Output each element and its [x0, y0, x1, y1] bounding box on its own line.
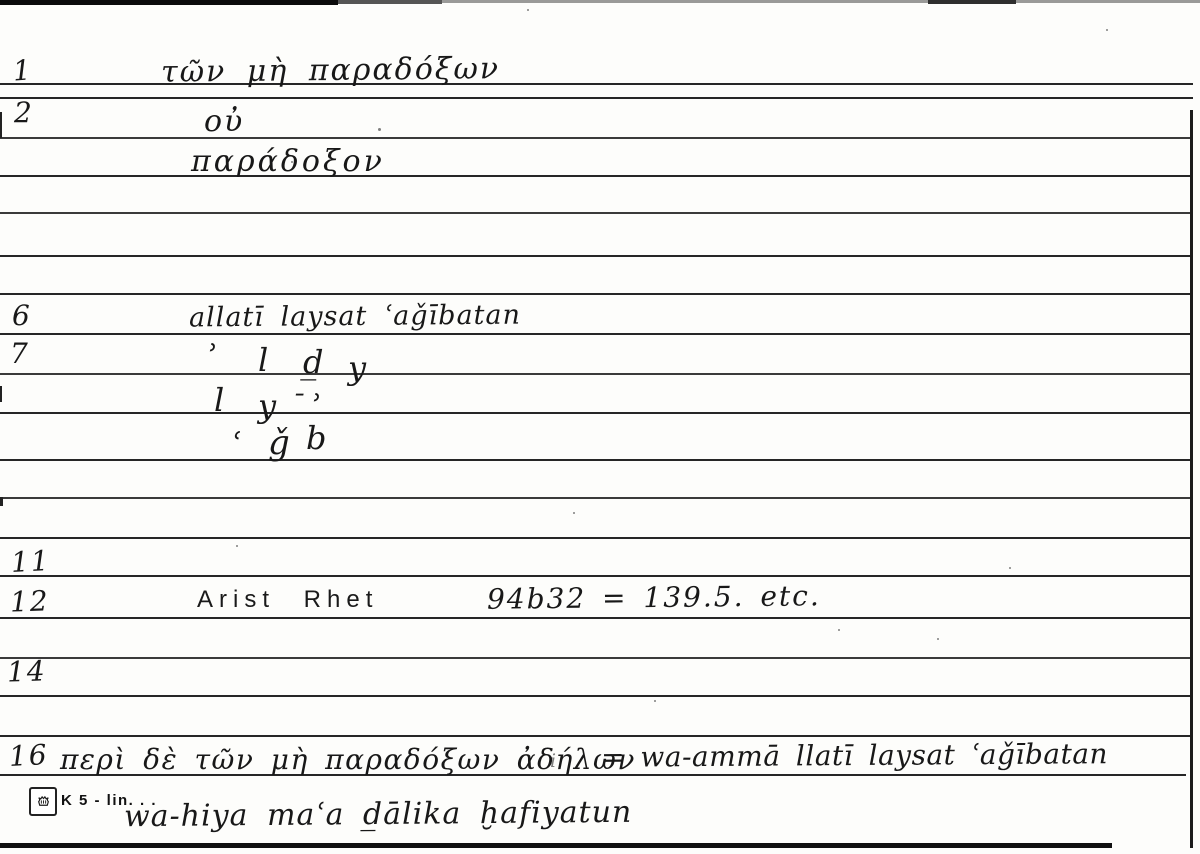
ruled-line — [0, 497, 1193, 499]
isolated-letter: ǧ — [268, 426, 290, 460]
isolated-letter: ʾ — [206, 340, 216, 372]
ruled-line — [0, 537, 1193, 539]
margin-number-16: 16 — [8, 741, 49, 771]
margin-number-11: 11 — [10, 547, 51, 577]
ruled-line — [0, 97, 1193, 99]
scan-speck — [654, 700, 656, 702]
handwritten-greek-line1: τῶν μὴ παραδόξων — [161, 54, 500, 88]
manuscript-page: 1 2 6 7 11 12 14 16 τῶν μὴ παραδόξων οὐ … — [0, 0, 1200, 854]
scan-edge-left-tick — [0, 112, 2, 138]
scan-speck — [527, 9, 529, 11]
ruled-line — [0, 735, 1193, 737]
citation-reference: 94b32 = 139.5. etc. — [487, 582, 821, 613]
scan-edge-left-tick — [0, 497, 3, 506]
ruled-line — [0, 175, 1193, 177]
margin-number-6: 6 — [12, 302, 32, 330]
ruled-line — [0, 212, 1193, 214]
handwritten-translit-line6: allatī laysat ʿaǧībatan — [189, 302, 521, 332]
scan-speck — [937, 638, 939, 640]
margin-number-2: 2 — [14, 99, 34, 127]
ruled-line — [0, 293, 1193, 295]
handwritten-greek-line2: οὐ — [204, 107, 244, 137]
isolated-letter: b — [306, 422, 326, 454]
ruled-line — [0, 137, 1193, 139]
ruled-line — [0, 617, 1193, 619]
faint-mark: i — [550, 752, 556, 771]
ruled-line — [0, 373, 1193, 375]
isolated-letter: ʾ — [310, 390, 320, 422]
ruled-line — [0, 695, 1193, 697]
margin-number-14: 14 — [7, 657, 48, 686]
ruled-line — [0, 333, 1193, 335]
margin-number-7: 7 — [10, 340, 30, 368]
margin-number-12: 12 — [10, 587, 51, 616]
scan-speck — [1106, 29, 1108, 31]
scan-edge-top-dark — [0, 0, 338, 5]
margin-number-1: 1 — [12, 56, 34, 85]
scan-speck — [378, 128, 381, 131]
handwritten-greek-line3: παράδοξον — [191, 147, 385, 177]
ruled-line — [0, 412, 1193, 414]
scan-speck — [236, 545, 238, 547]
ruled-line — [0, 657, 1193, 659]
scan-speck — [573, 512, 575, 514]
scan-edge-top-mid — [338, 0, 442, 4]
handwritten-translit-bottom: wa-hiya maʿa d̲ālika ḫafiyatun — [124, 798, 633, 832]
library-stamp-icon — [29, 787, 57, 816]
ruled-line-bottom-thick — [0, 843, 1112, 848]
scan-speck — [838, 629, 840, 631]
scan-edge-left-tick — [0, 386, 2, 402]
isolated-letter: y — [258, 390, 276, 422]
isolated-letter: l — [214, 384, 224, 416]
macron-mark: ˉ — [291, 392, 304, 418]
scan-edge-top-right — [928, 0, 1016, 4]
scan-speck — [1009, 567, 1011, 569]
scan-edge-right — [1190, 110, 1193, 848]
ruled-line — [0, 575, 1193, 577]
isolated-letter: ʿ — [231, 428, 241, 460]
ruled-line — [0, 459, 1193, 461]
isolated-letter: l — [258, 344, 268, 376]
ruled-line — [0, 255, 1193, 257]
isolated-letter: y — [348, 352, 366, 384]
handwritten-translit-line16: = wa-ammā llatī laysat ʿaǧībatan — [601, 740, 1108, 772]
isolated-letter: d̲ — [303, 346, 323, 378]
citation-arist-rhet: Arist Rhet — [197, 588, 378, 612]
